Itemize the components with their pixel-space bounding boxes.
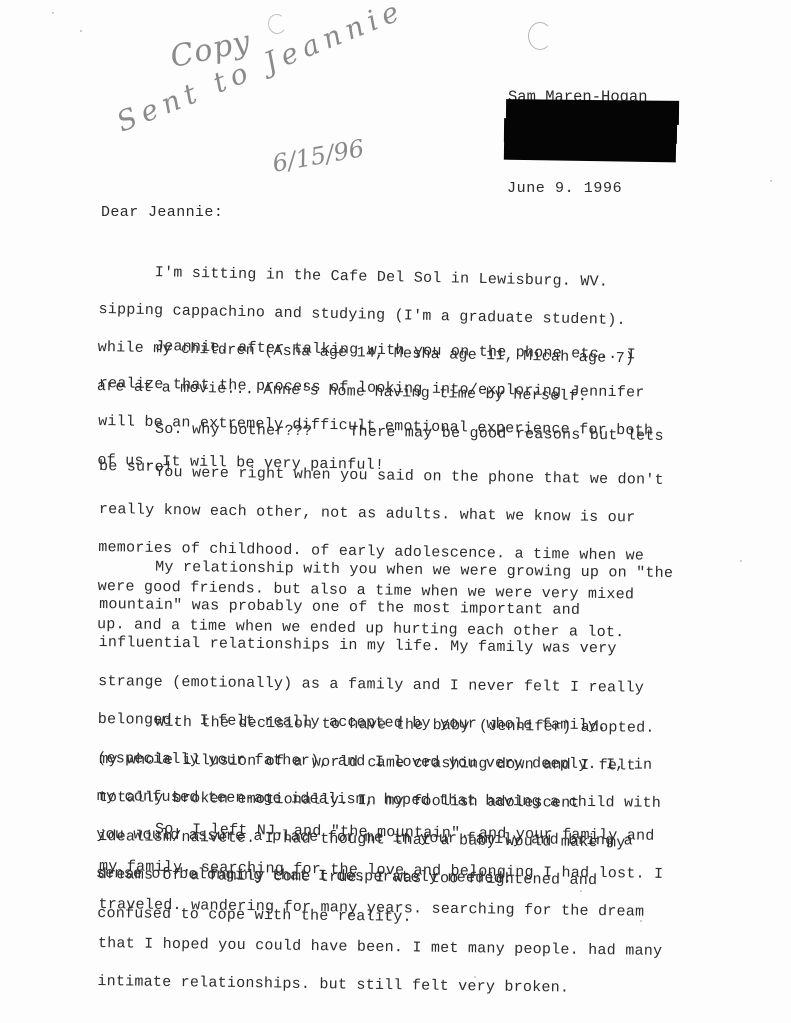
text-line: traveled. wandering for many years. sear… [98, 899, 662, 920]
text-line: You were right when you said on the phon… [99, 466, 663, 488]
text-line: With the decision to have the baby (Jenn… [100, 716, 655, 736]
text-line: that I hoped you could have been. I met … [98, 938, 662, 959]
scan-speck [52, 12, 54, 14]
scanned-letter-page: Copy Sent to Jeannie 6/15/96 Sam Maren-H… [0, 0, 791, 1023]
scan-speck [474, 976, 476, 978]
text-line: Jeannie. after talking with you on the p… [99, 340, 654, 362]
handwritten-date-note: 6/15/96 [270, 134, 366, 178]
scan-speck [100, 980, 102, 982]
text-line: really know each other, not as adults. w… [99, 504, 663, 526]
handwritten-circle-mark [528, 22, 552, 50]
letter-date: June 9. 1996 [507, 180, 622, 197]
paragraph-7: So. I left NJ. and "the mountain". and y… [97, 797, 664, 1022]
text-line: So. why bother??? There may be good reas… [99, 423, 663, 444]
salutation: Dear Jeannie: [101, 204, 223, 221]
text-line: influential relationships in my life. My… [99, 637, 673, 657]
text-line: My relationship with you when we were gr… [100, 561, 674, 581]
scan-speck [640, 920, 642, 922]
redaction-bar [504, 136, 676, 163]
text-line: realize that the process of looking into… [99, 378, 654, 400]
handwritten-mark [266, 13, 287, 36]
text-line: I'm sitting in the Cafe Del Sol in Lewis… [99, 266, 636, 290]
text-line: my family. searching for the love and be… [99, 861, 663, 882]
text-line: intimate relationships. but still felt v… [97, 976, 661, 997]
scan-speck [80, 30, 82, 32]
text-line: mountain" was probably one of the most i… [99, 599, 673, 619]
handwritten-sent-note: Sent to Jeannie [112, 0, 409, 139]
text-line: So. I left NJ. and "the mountain". and y… [99, 823, 663, 844]
scan-speck [580, 890, 582, 892]
scan-speck [770, 180, 772, 182]
scan-speck [740, 560, 742, 562]
text-line: my whole illusion of a world came crashi… [99, 754, 654, 774]
